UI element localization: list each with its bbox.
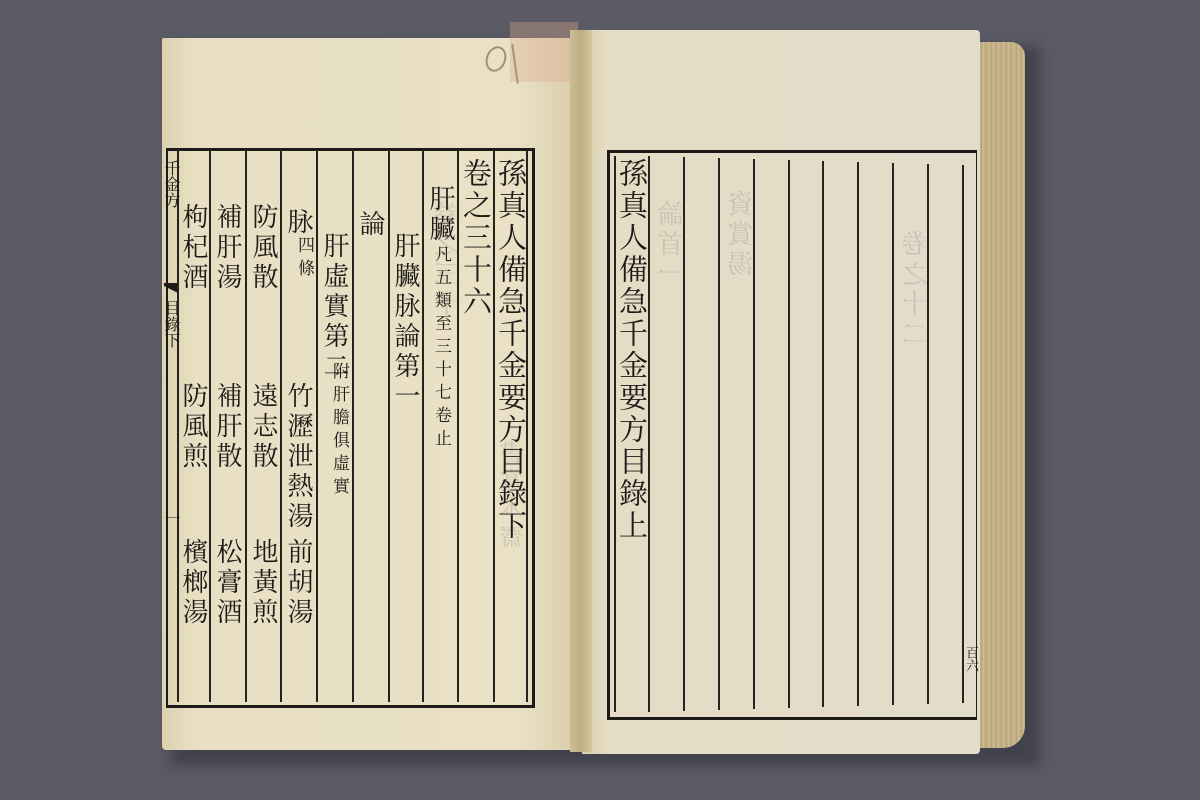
margin-section: 目錄下 — [163, 300, 179, 348]
column-rule — [245, 150, 247, 702]
edge-leaf-number: 百六 — [964, 646, 977, 672]
chapter-2-note: 附肝膽俱虛實 — [330, 362, 347, 500]
column-rule — [316, 150, 318, 702]
column-rule — [822, 161, 824, 707]
prescription-item: 地黃煎 — [250, 538, 276, 628]
book-gutter — [570, 30, 592, 752]
margin-leaf-number: 一 — [163, 510, 179, 526]
column-rule — [209, 150, 211, 702]
prescription-item: 松膏酒 — [214, 538, 240, 628]
faded-stamp — [510, 22, 578, 82]
bleed-through-text: 論首一 — [654, 200, 691, 290]
prescription-item: 竹瀝泄熱湯 — [285, 382, 311, 532]
margin-book-title: 千金方 — [163, 160, 179, 208]
column-rule — [788, 160, 790, 708]
prescription-item: 防風煎 — [180, 382, 206, 472]
page-edge-stack — [975, 42, 1025, 748]
column-rule — [962, 165, 964, 703]
category-note: 凡五類至三十七卷止 — [432, 245, 449, 452]
column-rule — [718, 158, 720, 710]
pulse-heading: 脉 — [285, 208, 311, 238]
prescription-item: 前胡湯 — [285, 538, 311, 628]
column-rule — [352, 150, 354, 702]
prescription-item: 檳榔湯 — [180, 538, 206, 628]
prescription-item: 遠志散 — [250, 382, 276, 472]
bleed-through-text: 資賞湯 — [724, 190, 761, 280]
prescription-item: 防風散 — [250, 203, 276, 293]
column-rule — [422, 150, 424, 702]
lun-heading: 論 — [357, 210, 383, 240]
chapter-2-heading: 肝虛實第二 — [321, 232, 347, 382]
right-page-title: 孫真人備急千金要方目錄上 — [617, 158, 646, 542]
left-page-title: 孫真人備急千金要方目錄下 — [496, 158, 525, 542]
prescription-item: 補肝散 — [214, 382, 240, 472]
column-rule — [857, 162, 859, 706]
pulse-note: 四條 — [295, 236, 312, 282]
prescription-item: 枸杞酒 — [180, 203, 206, 293]
prescription-item: 補肝湯 — [214, 203, 240, 293]
chapter-1-heading: 肝臟脉論第一 — [392, 232, 418, 412]
column-rule — [892, 163, 894, 705]
category-heading: 肝臟 — [427, 185, 453, 245]
bleed-through-text: 卷之十二 — [898, 230, 935, 350]
column-rule — [280, 150, 282, 702]
volume-heading: 卷之三十六 — [461, 158, 490, 318]
